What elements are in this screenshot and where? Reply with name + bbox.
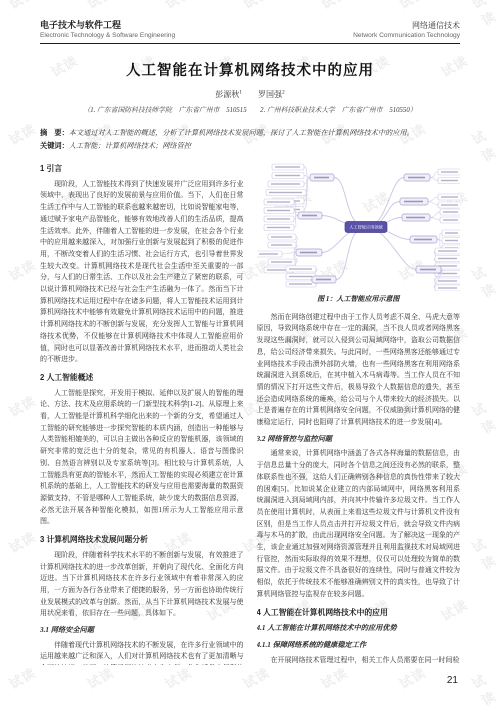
author-1-affiliation-mark: 1	[239, 89, 242, 95]
figure-1: 人工智能应用领域 图 1：人工智能应用示意图	[257, 163, 461, 306]
paper-page: 试读试读试读试读试读试读试读试读试读试读试读试读试读试读试读试读试读试读试读试读…	[0, 0, 499, 706]
affiliation-line: （1. 广东省国防科技技师学院 广东省广州市 510515 2. 广州科技职业技…	[40, 104, 460, 114]
heading-4-ai-applications: 4 人工智能在计算机网络技术中的应用	[257, 607, 461, 619]
keywords-text: 人工智能；计算机网络技术；网络管控	[69, 142, 191, 150]
paragraph: 伴随着现代计算机网络技术的不断发展，在许多行业领域中的运用越来越广泛和深入，人们…	[40, 640, 244, 665]
paragraph: 现阶段，伴随着科学技术水平的不断创新与发展，有效推进了计算机网络技术的进一步改革…	[40, 550, 244, 620]
heading-3-network-problems: 3 计算机网络技术发展问题分析	[40, 534, 244, 546]
paragraph: 在开展网络技术管理过程中，相关工作人员需要在同一时间检	[257, 655, 461, 665]
abstract-text: 本文通过对人工智能的概述，分析了计算机网络技术发展问题，探讨了人工智能在计算机网…	[69, 129, 414, 137]
paper-title: 人工智能在计算机网络技术中的应用	[40, 59, 460, 80]
abstract-line: 摘 要：本文通过对人工智能的概述，分析了计算机网络技术发展问题，探讨了人工智能在…	[40, 127, 460, 140]
paragraph: 人工智能是探究、开发用于模拟、延伸以及扩展人的智能的理论、方法、技术及应用系统的…	[40, 388, 244, 528]
watermark-stamp: 试读	[5, 662, 39, 692]
keywords-label: 关键词：	[40, 141, 69, 150]
author-2: 罗国强2	[258, 90, 285, 99]
heading-1-introduction: 1 引言	[40, 163, 244, 175]
author-1: 彭源秋1	[215, 90, 242, 99]
journal-header-left: 电子技术与软件工程 Electronic Technology & Softwa…	[40, 18, 175, 39]
watermark-stamp: 试读	[161, 662, 195, 692]
paragraph: 然而在网络创建过程中由于工作人员考虑不周全、马虎大意等原因，导致网络系统中存在一…	[257, 312, 461, 429]
author-line: 彭源秋1 罗国强2	[40, 89, 460, 100]
mindmap-center-node-label: 人工智能应用领域	[349, 224, 383, 231]
page-number: 21	[447, 675, 458, 686]
watermark-stamp: 试读	[239, 662, 273, 692]
journal-header-right: 网络通信技术 Network Communication Technology	[353, 20, 460, 39]
section-name-cn: 网络通信技术	[353, 20, 460, 31]
watermark-stamp: 试读	[468, 665, 499, 706]
journal-header: 电子技术与软件工程 Electronic Technology & Softwa…	[40, 18, 460, 44]
section-name-en: Network Communication Technology	[353, 32, 460, 39]
body-columns: 1 引言 现阶段，人工智能技术得到了快速发展并广泛应用到许多行业领域中，表现出了…	[40, 163, 460, 665]
heading-2-ai-overview: 2 人工智能概述	[40, 372, 244, 384]
left-column: 1 引言 现阶段，人工智能技术得到了快速发展并广泛应用到许多行业领域中，表现出了…	[40, 163, 244, 665]
watermark-stamp: 试读	[395, 662, 429, 692]
heading-3-2-network-control: 3.2 网络管控与监控问题	[257, 434, 461, 446]
watermark-stamp: 试读	[83, 662, 117, 692]
paragraph: 通常来说，计算机网络中涵盖了各式各样海量的数据信息，由于信息总量十分的庞大，同时…	[257, 448, 461, 600]
paragraph: 现阶段，人工智能技术得到了快速发展并广泛应用到许多行业领域中，表现出了良好的发展…	[40, 179, 244, 366]
mindmap-diagram: 人工智能应用领域	[257, 163, 461, 291]
heading-3-1-network-security: 3.1 网络安全问题	[40, 625, 244, 637]
figure-1-caption: 图 1：人工智能应用示意图	[257, 294, 461, 306]
abstract-label: 摘 要：	[40, 128, 69, 137]
author-2-affiliation-mark: 2	[282, 89, 285, 95]
keywords-line: 关键词：人工智能；计算机网络技术；网络管控	[40, 140, 460, 153]
abstract-block: 摘 要：本文通过对人工智能的概述，分析了计算机网络技术发展问题，探讨了人工智能在…	[40, 127, 460, 152]
journal-name-en: Electronic Technology & Software Enginee…	[40, 32, 175, 39]
journal-name-cn: 电子技术与软件工程	[40, 18, 175, 31]
heading-4-1-advantages: 4.1 人工智能在计算机网络技术中的应用优势	[257, 623, 461, 635]
watermark-stamp: 试读	[317, 662, 351, 692]
heading-4-1-1-stability: 4.1.1 保障网络系统的健康稳定工作	[257, 640, 461, 652]
right-column: 人工智能应用领域 图 1：人工智能应用示意图 然而在网络创建过程中由于工作人员考…	[257, 163, 461, 665]
